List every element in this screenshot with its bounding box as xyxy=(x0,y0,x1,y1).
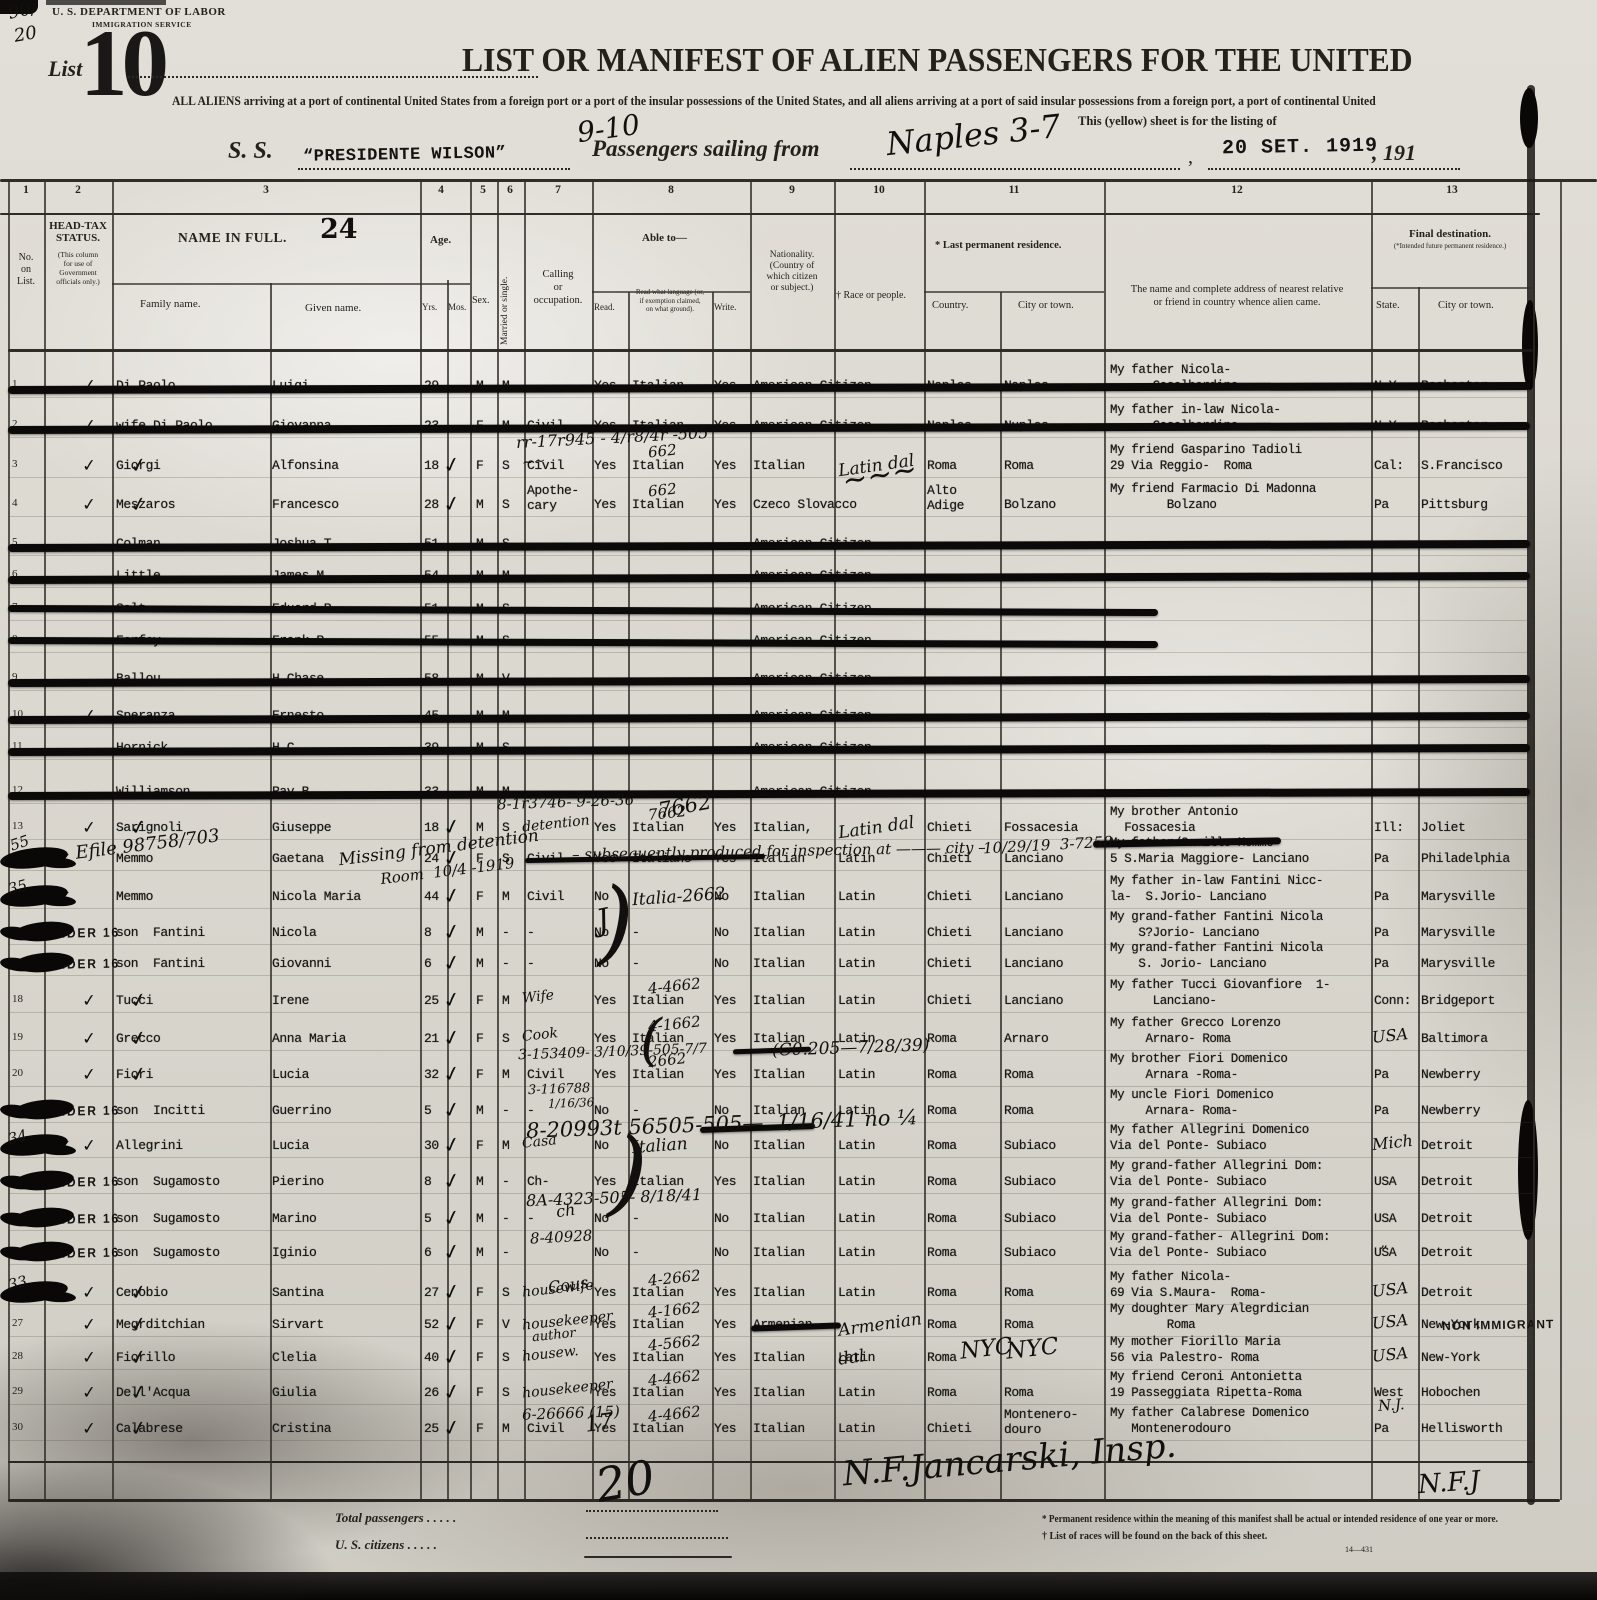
cell-relative-line2: Arnara -Roma- xyxy=(1110,1068,1238,1082)
cell-married-single: - xyxy=(502,956,509,971)
ship-name-stamp: “PRESIDENTE WILSON” xyxy=(303,144,507,167)
column-number: 7 xyxy=(550,184,566,196)
cell-write: Yes xyxy=(714,1174,736,1189)
calling-annotation: housewife xyxy=(521,1277,594,1300)
cell-relative-line1: My father Allegrini Domenico xyxy=(1110,1123,1309,1137)
calling-annotation: housew. xyxy=(521,1343,579,1365)
cell-write: Yes xyxy=(714,820,736,835)
footnote-1: * Permanent residence within the meaning… xyxy=(1042,1514,1498,1525)
cell-married-single: M xyxy=(502,993,509,1008)
age-checkmark: ✓ xyxy=(441,918,463,945)
cell-city: Lanciano xyxy=(1004,925,1063,940)
handwriting: 24 xyxy=(320,214,358,245)
cell-calling-2: cary xyxy=(527,498,557,513)
colhead-read: Read. xyxy=(594,302,615,312)
row-line xyxy=(8,975,1533,976)
cell-relative-line1: My father Grecco Lorenzo xyxy=(1110,1016,1280,1030)
cell-country: Chieti xyxy=(927,993,971,1008)
cell-race: Latin xyxy=(838,1245,875,1260)
cell-age-years: 25 xyxy=(424,1421,439,1436)
cell-write: Yes xyxy=(714,1067,736,1082)
cell-sex: F xyxy=(476,1285,483,1300)
table-rule xyxy=(8,1499,1560,1502)
cell-relative-line2: Bolzano xyxy=(1110,498,1217,512)
colhead-state: State. xyxy=(1376,300,1400,311)
cell-nationality: Italian xyxy=(753,1421,805,1436)
colhead-sex: Sex. xyxy=(472,295,490,306)
colhead-family-name: Family name. xyxy=(140,298,201,310)
column-number: 12 xyxy=(1229,184,1245,196)
row-line xyxy=(8,1336,1533,1337)
age-checkmark: ✓ xyxy=(441,1204,463,1231)
cell-dest-city: Philadelphia xyxy=(1421,851,1510,866)
cell-married-single: S xyxy=(502,1285,509,1300)
cell-write: Yes xyxy=(714,1317,736,1332)
cell-sex: F xyxy=(476,889,483,904)
cell-relative-line1: My grand-father Allegrini Dom: xyxy=(1110,1159,1323,1173)
table-rule xyxy=(8,349,1533,352)
cell-country: Chieti xyxy=(927,889,971,904)
row-line xyxy=(8,1264,1533,1265)
cell-city: Subiaco xyxy=(1004,1174,1056,1189)
cell-family-name: son Sugamosto xyxy=(116,1245,220,1260)
cell-country: Roma xyxy=(927,1245,957,1260)
cell-dest-state: USA xyxy=(1374,1211,1396,1226)
cell-relative-line1: My grand-father- Allegrini Dom: xyxy=(1110,1230,1330,1244)
column-number: 6 xyxy=(502,184,518,196)
colhead-dest-city: City or town. xyxy=(1438,300,1494,311)
colhead-age: Age. xyxy=(430,234,451,246)
cell-relative-line2: Via del Ponte- Subiaco xyxy=(1110,1175,1266,1189)
row-line xyxy=(8,1404,1533,1405)
cell-married-single: - xyxy=(502,1211,509,1226)
race-annotation: dal xyxy=(837,1346,866,1369)
row-number: 3 xyxy=(12,458,18,470)
cell-age-years: 27 xyxy=(424,1285,439,1300)
cell-dest-city: Hellisworth xyxy=(1421,1421,1502,1436)
cell-country: Roma xyxy=(927,1174,957,1189)
cell-country: Roma xyxy=(927,1385,957,1400)
row-line xyxy=(8,437,1533,438)
cell-read: Yes xyxy=(594,1421,616,1436)
age-checkmark: ✓ xyxy=(441,1131,463,1158)
cell-read: Yes xyxy=(594,1350,616,1365)
cell-sex: F xyxy=(476,1067,483,1082)
cell-dest-city: S.Francisco xyxy=(1421,458,1502,473)
cell-nationality: Czeco Slovacco xyxy=(753,497,857,512)
page-title: LIST OR MANIFEST OF ALIEN PASSENGERS FOR… xyxy=(462,42,1413,80)
handwriting: 8-1r3746- 9-26-36 xyxy=(497,791,635,814)
cell-write: No xyxy=(714,1245,729,1260)
cell-married-single: - xyxy=(502,925,509,940)
row-line xyxy=(8,516,1533,517)
row-line xyxy=(8,1440,1533,1441)
age-checkmark: ✓ xyxy=(441,1024,463,1051)
headtax-checkmark: ✓ xyxy=(81,455,97,476)
cell-dest-city: Detroit xyxy=(1421,1285,1473,1300)
row-number: 18 xyxy=(12,993,23,1005)
cell-race: Latin xyxy=(838,956,875,971)
row-line xyxy=(8,477,1533,478)
cell-dest-state: Cal: xyxy=(1374,458,1404,473)
row-line xyxy=(8,1369,1533,1370)
us-citizens-label: U. S. citizens . . . . . xyxy=(335,1537,437,1553)
cell-dest-city: Detroit xyxy=(1421,1245,1473,1260)
headtax-checkmark: ✓ xyxy=(81,1135,97,1156)
column-line xyxy=(750,182,752,1500)
handwriting: 10/29/19 3-7258 xyxy=(983,833,1113,858)
cell-sex: M xyxy=(476,1103,483,1118)
cell-relative-line1: My grand-father Fantini Nicola xyxy=(1110,941,1323,955)
cell-country: Chieti xyxy=(927,820,971,835)
cell-dest-city: Joliet xyxy=(1421,820,1465,835)
column-number: 11 xyxy=(1006,184,1022,196)
cell-calling: - xyxy=(527,1211,534,1226)
cell-relative-line1: My friend Ceroni Antonietta xyxy=(1110,1370,1302,1384)
cell-race: Latin xyxy=(838,1211,875,1226)
cell-sex: M xyxy=(476,956,483,971)
row-number: 29 xyxy=(12,1385,23,1397)
cell-race: Latin xyxy=(838,1174,875,1189)
cell-calling: Ch- xyxy=(527,1174,549,1189)
cell-nationality: Italian xyxy=(753,889,805,904)
cell-city: Subiaco xyxy=(1004,1211,1056,1226)
cell-relative-line1: My father Tucci Giovanfiore 1- xyxy=(1110,978,1330,992)
cell-dest-state: Pa xyxy=(1374,1421,1389,1436)
cell-read: Yes xyxy=(594,1385,616,1400)
cell-write: Yes xyxy=(714,1421,736,1436)
cell-given-name: Clelia xyxy=(272,1350,316,1365)
headtax-checkmark: ✓ xyxy=(81,1418,97,1439)
cell-sex: F xyxy=(476,993,483,1008)
cell-city: Subiaco xyxy=(1004,1138,1056,1153)
port-dotted-line xyxy=(850,168,1180,170)
cell-family-name: son Fantini xyxy=(116,956,205,971)
cell-write: Yes xyxy=(714,1285,736,1300)
row-line xyxy=(8,1157,1533,1158)
totals-dotted-2 xyxy=(586,1537,728,1539)
handwriting: ) xyxy=(606,1117,651,1229)
headtax-checkmark: ✓ xyxy=(81,1282,97,1303)
cell-read: Yes xyxy=(594,458,616,473)
cell-write: Yes xyxy=(714,1350,736,1365)
cell-family-name: Megrditchian xyxy=(116,1317,205,1332)
cell-married-single: M xyxy=(502,1067,509,1082)
cell-read: Yes xyxy=(594,1317,616,1332)
cell-given-name: Cristina xyxy=(272,1421,331,1436)
colhead-married-single: Married or single. xyxy=(500,240,510,345)
colhead-race: † Race or people. xyxy=(836,290,906,301)
cell-age-years: 8 xyxy=(424,925,431,940)
cell-nationality: Italian xyxy=(753,1285,805,1300)
cell-calling: Apothe- xyxy=(527,483,579,498)
cell-race: Latin xyxy=(838,1285,875,1300)
cell-relative-line2: 19 Passeggiata Ripetta-Roma xyxy=(1110,1386,1302,1400)
column-number: 2 xyxy=(70,184,86,196)
language-annotation: 4-1662 xyxy=(647,1298,701,1321)
cell-city: Lanciano xyxy=(1004,889,1063,904)
cell-read: Yes xyxy=(594,1067,616,1082)
cell-sex: F xyxy=(476,1421,483,1436)
colhead-last-residence: * Last permanent residence. xyxy=(935,240,1061,251)
cell-language: - xyxy=(632,1245,639,1260)
cell-relative-line2: la- S.Jorio- Lanciano xyxy=(1110,890,1266,904)
cell-age-years: 40 xyxy=(424,1350,439,1365)
colhead-headtax: HEAD-TAX STATUS. xyxy=(44,220,112,244)
cell-city: Roma xyxy=(1004,1385,1034,1400)
headtax-checkmark: ✓ xyxy=(81,494,97,515)
cell-family-name: Dell'Acqua xyxy=(116,1385,190,1400)
age-checkmark: ✓ xyxy=(441,1278,463,1305)
cell-dest-state: Conn: xyxy=(1374,993,1411,1008)
colhead-calling: Calling or occupation. xyxy=(524,268,592,307)
language-annotation: 4-5662 xyxy=(647,1331,701,1354)
cell-write: No xyxy=(714,925,729,940)
state-annotation: Mich xyxy=(1371,1131,1414,1154)
cell-relative-line1: My mother Fiorillo Maria xyxy=(1110,1335,1280,1349)
cell-married-single: - xyxy=(502,1245,509,1260)
row-line xyxy=(8,690,1533,691)
handwriting: 6-26666 (15) xyxy=(522,1402,620,1423)
colhead-mos: Mos. xyxy=(448,302,466,312)
cell-age-years: 18 xyxy=(424,458,439,473)
cell-married-single: S xyxy=(502,458,509,473)
cell-country: Roma xyxy=(927,1350,957,1365)
colhead-able-to: Able to— xyxy=(642,232,687,244)
cell-age-years: 21 xyxy=(424,1031,439,1046)
ss-label: S. S. xyxy=(228,138,273,165)
total-passengers-value: 20 xyxy=(592,1449,659,1512)
comma: , xyxy=(1188,146,1193,169)
cell-write: Yes xyxy=(714,1031,736,1046)
totals-underline xyxy=(584,1556,732,1558)
cell-dest-state: Pa xyxy=(1374,851,1389,866)
row-line xyxy=(8,839,1533,840)
cell-country: Chieti xyxy=(927,956,971,971)
cell-married-single: M xyxy=(502,1421,509,1436)
column-line xyxy=(1533,182,1535,1500)
calling-annotation: ∼∼ xyxy=(521,453,546,471)
cell-given-name: Giuseppe xyxy=(272,820,331,835)
subcolumn-line xyxy=(1418,287,1420,1500)
cell-sex: F xyxy=(476,1385,483,1400)
column-line xyxy=(44,182,46,1500)
calling-annotation: Cook xyxy=(521,1025,559,1045)
cell-write: Yes xyxy=(714,458,736,473)
aliens-clause: ALL ALIENS arriving at a port of contine… xyxy=(172,94,1376,109)
header-subrule xyxy=(1371,287,1533,289)
cell-family-name: son Fantini xyxy=(116,925,205,940)
cell-write: Yes xyxy=(714,497,736,512)
cell-nationality: Italian xyxy=(753,1385,805,1400)
cell-relative-line2: Lanciano- xyxy=(1110,994,1217,1008)
cell-read: Yes xyxy=(594,993,616,1008)
column-number: 9 xyxy=(784,184,800,196)
cell-family-name: Grecco xyxy=(116,1031,160,1046)
cell-dest-state: Pa xyxy=(1374,889,1389,904)
header-subrule xyxy=(924,291,1104,293)
cell-dest-city: Marysville xyxy=(1421,956,1495,971)
cell-sex: M xyxy=(476,1211,483,1226)
row-number: 13 xyxy=(12,820,23,832)
cell-relative-line2: Arnaro- Roma xyxy=(1110,1032,1231,1046)
cell-dest-state: Pa xyxy=(1374,497,1389,512)
colhead-given-name: Given name. xyxy=(305,302,361,314)
cell-given-name: Santina xyxy=(272,1285,324,1300)
language-annotation: 4-4662 xyxy=(647,974,701,997)
cell-family-name: Fiori xyxy=(116,1067,153,1082)
form-number: 14—431 xyxy=(1345,1545,1373,1554)
cell-married-single: - xyxy=(502,1103,509,1118)
colhead-final-destination: Final destination. xyxy=(1375,228,1525,240)
state-annotation: USA xyxy=(1371,1024,1409,1047)
cell-nationality: Italian xyxy=(753,1138,805,1153)
colhead-final-destination-sub: (*Intended future permanent residence.) xyxy=(1373,242,1527,250)
cell-relative-line1: My father Nicola- xyxy=(1110,1270,1231,1284)
handwriting: N.F.J xyxy=(1417,1466,1481,1500)
cell-dest-city: Marysville xyxy=(1421,889,1495,904)
cell-family-name: son Sugamosto xyxy=(116,1211,220,1226)
cell-relative-line1: My father Calabrese Domenico xyxy=(1110,1406,1309,1420)
cell-relative-line1: My grand-father Fantini Nicola xyxy=(1110,910,1323,924)
cell-relative-line1: My friend Farmacio Di Madonna xyxy=(1110,482,1316,496)
cell-age-years: 25 xyxy=(424,993,439,1008)
cell-age-years: 6 xyxy=(424,956,431,971)
cell-relative-line1: My brother Antonio xyxy=(1110,805,1238,819)
year-suffix: , 191 xyxy=(1372,140,1416,166)
cell-given-name: Lucia xyxy=(272,1138,309,1153)
row-strike xyxy=(8,637,1158,648)
cell-calling: Civil xyxy=(527,889,564,904)
colhead-no-on-list: No. on List. xyxy=(8,252,44,288)
cell-dest-city: Marysville xyxy=(1421,925,1495,940)
cell-write: No xyxy=(714,956,729,971)
cell-dest-city: New-York xyxy=(1421,1317,1480,1332)
cell-relative-line2: Arnara- Roma- xyxy=(1110,1104,1238,1118)
cell-write: Yes xyxy=(714,1385,736,1400)
cell-relative-line1: My father in-law Nicola- xyxy=(1110,403,1280,417)
row-number: 4 xyxy=(12,497,18,509)
row-line xyxy=(8,587,1533,588)
cell-nationality: Italian, xyxy=(753,820,812,835)
scan-blob-right-3 xyxy=(1518,1100,1538,1240)
age-checkmark: ✓ xyxy=(441,986,463,1013)
cell-relative-line2: Fossacesia xyxy=(1110,821,1195,835)
column-number: 10 xyxy=(871,184,887,196)
cell-family-name: Meszaros xyxy=(116,497,175,512)
colhead-country: Country. xyxy=(932,300,968,311)
cell-relative-line2: S. Jorio- Lanciano xyxy=(1110,957,1266,971)
cell-sex: M xyxy=(476,925,483,940)
subcolumn-line xyxy=(1000,292,1002,1500)
language-annotation: 662 xyxy=(647,480,677,501)
row-line xyxy=(8,555,1533,556)
cell-given-name: Anna Maria xyxy=(272,1031,346,1046)
cell-given-name: Giovanni xyxy=(272,956,331,971)
row-line xyxy=(8,727,1533,728)
cell-age-years: 18 xyxy=(424,820,439,835)
footnote-2: † List of races will be found on the bac… xyxy=(1042,1531,1267,1542)
cell-relative-line1: My grand-father Allegrini Dom: xyxy=(1110,1196,1323,1210)
headtax-checkmark: ✓ xyxy=(81,990,97,1011)
cell-write: Yes xyxy=(714,993,736,1008)
cell-given-name: Pierino xyxy=(272,1174,324,1189)
cell-country-2: Adige xyxy=(927,498,964,513)
handwriting: 90/ xyxy=(6,0,39,24)
cell-married-single: S xyxy=(502,497,509,512)
row-line xyxy=(8,870,1533,871)
age-checkmark: ✓ xyxy=(441,1343,463,1370)
cell-country: Roma xyxy=(927,458,957,473)
cell-dest-city: Detroit xyxy=(1421,1174,1473,1189)
handwriting: 1/16/36 xyxy=(548,1095,595,1111)
cell-given-name: Francesco xyxy=(272,497,339,512)
handwriting: 8-40928 xyxy=(530,1226,593,1247)
scan-blob-right-2 xyxy=(1522,300,1538,390)
cell-nationality: Italian xyxy=(753,1211,805,1226)
cell-city: Montenero- xyxy=(1004,1407,1078,1422)
cell-relative-line2: 69 Via S.Maura- Roma- xyxy=(1110,1286,1266,1300)
cell-family-name: Cenobio xyxy=(116,1285,168,1300)
cell-relative-line2: Roma xyxy=(1110,1318,1195,1332)
cell-relative-line1: My friend Gasparino Tadioli xyxy=(1110,443,1302,457)
cell-dest-city: Hobochen xyxy=(1421,1385,1480,1400)
colhead-nearest-relative: The name and complete address of nearest… xyxy=(1108,283,1366,309)
language-annotation: 4-2662 xyxy=(647,1266,701,1289)
cell-dest-state: Pa xyxy=(1374,925,1389,940)
row-line xyxy=(8,759,1533,760)
row-number: 20 xyxy=(12,1067,23,1079)
cell-read: Yes xyxy=(594,497,616,512)
colhead-yrs: Yrs. xyxy=(422,302,437,312)
cell-dest-state: Pa xyxy=(1374,956,1389,971)
colhead-city-or-town: City or town. xyxy=(1018,300,1074,311)
cell-family-name: Giorgi xyxy=(116,458,160,473)
age-checkmark: ✓ xyxy=(441,1414,463,1441)
cell-country: Roma xyxy=(927,1285,957,1300)
state-annotation: USA xyxy=(1371,1310,1409,1333)
cell-sex: F xyxy=(476,458,483,473)
cell-age-years: 26 xyxy=(424,1385,439,1400)
state-annotation: USA xyxy=(1371,1278,1409,1301)
cell-city: Roma xyxy=(1004,1067,1034,1082)
headtax-checkmark: ✓ xyxy=(81,1314,97,1335)
age-checkmark: ✓ xyxy=(441,1378,463,1405)
cell-dest-city: Detroit xyxy=(1421,1211,1473,1226)
cell-age-years: 6 xyxy=(424,1245,431,1260)
cell-dest-state: Pa xyxy=(1374,1103,1389,1118)
cell-country: Roma xyxy=(927,1103,957,1118)
cell-nationality: Italian xyxy=(753,1174,805,1189)
cell-relative-line1: My brother Fiori Domenico xyxy=(1110,1052,1288,1066)
cell-city-2: douro xyxy=(1004,1422,1041,1437)
column-number: 4 xyxy=(433,184,449,196)
cell-married-single: V xyxy=(502,1317,509,1332)
row-line xyxy=(8,803,1533,804)
colhead-name-in-full: NAME IN FULL. xyxy=(178,230,287,246)
age-checkmark: ✓ xyxy=(441,1167,463,1194)
age-checkmark: ✓ xyxy=(441,451,463,478)
cell-dest-city: New-York xyxy=(1421,1350,1480,1365)
colhead-nationality: Nationality. (Country of which citizen o… xyxy=(750,250,834,294)
cell-relative-line2: 5 S.Maria Maggiore- Lanciano xyxy=(1110,852,1309,866)
handwriting: ( xyxy=(640,1008,662,1073)
cell-age-years: 8 xyxy=(424,1174,431,1189)
state-annotation: N.J. xyxy=(1377,1395,1405,1415)
cell-country: Alto xyxy=(927,483,957,498)
cell-given-name: Sirvart xyxy=(272,1317,324,1332)
cell-given-name: Nicola Maria xyxy=(272,889,361,904)
